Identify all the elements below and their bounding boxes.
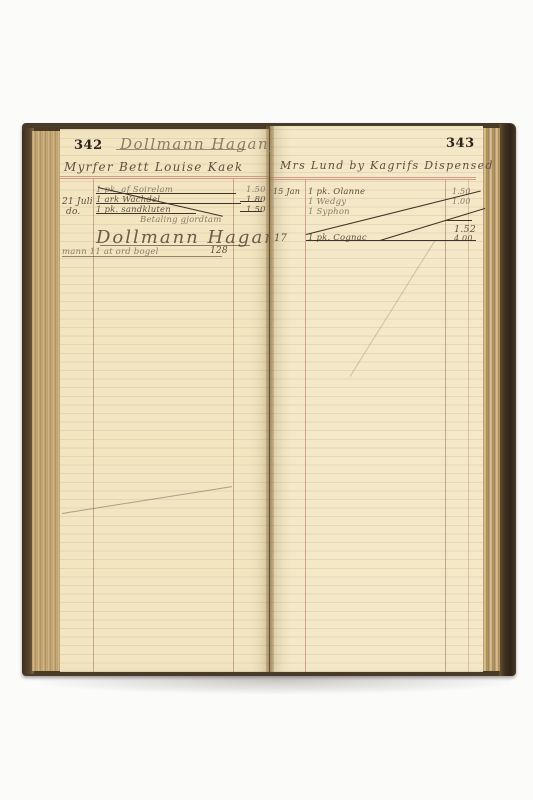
book-gutter [266, 126, 274, 672]
pencil-mark [350, 241, 436, 377]
entry-4-text: Betaling gjordtam [140, 215, 221, 225]
date-1: 21 Juli [62, 197, 93, 207]
photo-scene: 342 Dollmann Hagany Myrfer Bett Louise K… [0, 0, 533, 800]
entry-2-amount: 1.80 [246, 195, 266, 205]
left-page-number: 342 [74, 138, 103, 153]
entry-1-amount: 1.50 [246, 185, 266, 195]
pencil-mark [62, 486, 232, 514]
entry-5-strike [306, 240, 476, 241]
cents-column-rule [468, 180, 469, 672]
bottom-entry-amount: 128 [210, 246, 228, 256]
date-2: do. [66, 207, 80, 217]
entry-2-text: 1 Wedgy [308, 197, 346, 207]
cross-out-line-3 [96, 213, 196, 214]
left-heading-2: Myrfer Bett Louise Kaek [64, 160, 244, 174]
entry-2-amount: 1.00 [452, 197, 471, 206]
date-column-rule [305, 180, 306, 672]
entry-3-text: 1 Syphon [308, 207, 350, 217]
entry-5-amount: 4.00 [454, 234, 473, 243]
right-heading: Mrs Lund by Kagrifs Dispensed [280, 159, 494, 172]
amount-strike-2 [240, 211, 262, 212]
left-heading-1: Dollmann Hagany [120, 135, 279, 153]
amount-column-rule [233, 179, 234, 672]
right-page-stack [482, 128, 500, 671]
bottom-entry-strike [62, 256, 222, 257]
entry-1-text: 1 pk. Olanne [308, 187, 365, 197]
cover-right-edge [499, 124, 516, 676]
left-page: 342 Dollmann Hagany Myrfer Bett Louise K… [60, 129, 269, 672]
amount-strike-1 [240, 201, 262, 202]
right-page: 343 Mrs Lund by Kagrifs Dispensed 15 Jan… [270, 126, 483, 672]
cross-out-line-1 [96, 193, 236, 194]
entry-3-amount: 1.50 [246, 205, 266, 215]
amount-column-rule [445, 180, 446, 672]
left-page-stack [32, 131, 62, 671]
entry-5-text: 1 pk. Cognac [308, 233, 367, 243]
header-rule [60, 176, 269, 179]
heading-strike [116, 149, 246, 150]
subtotal-rule [446, 220, 472, 221]
entry-date-5: 17 [274, 233, 287, 244]
right-page-number: 343 [446, 136, 475, 151]
entry-date-1: 15 Jan [273, 187, 300, 196]
